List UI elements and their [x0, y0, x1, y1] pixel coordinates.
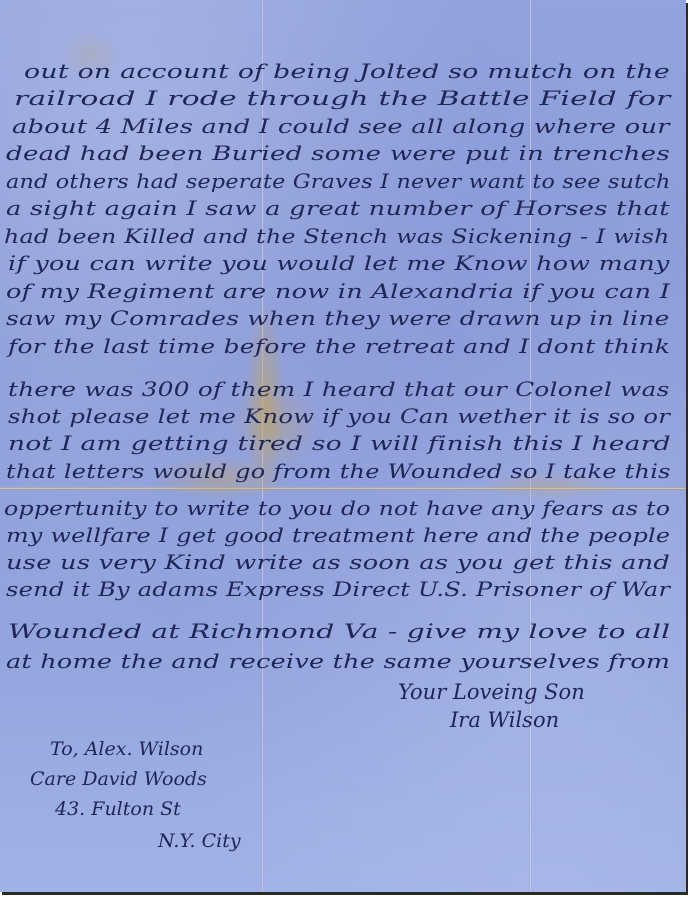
address-care-of: Care David Woods: [30, 768, 207, 790]
letter-line: send it By adams Express Direct U.S. Pri…: [6, 578, 670, 601]
letter-line: not I am getting tired so I will finish …: [8, 432, 671, 455]
address-recipient: To, Alex. Wilson: [50, 738, 203, 760]
document-viewer: out on account of being Jolted so mutch …: [0, 0, 694, 900]
letter-line: my wellfare I get good treatment here an…: [6, 524, 670, 547]
letter-line: for the last time before the retreat and…: [8, 335, 670, 358]
letter-line: there was 300 of them I heard that our C…: [8, 378, 670, 401]
letter-line: railroad I rode through the Battle Field…: [14, 87, 671, 110]
letter-line: oppertunity to write to you do not have …: [4, 497, 670, 520]
letter-line: Wounded at Richmond Va - give my love to…: [8, 620, 670, 643]
letter-line: dead had been Buried some were put in tr…: [6, 142, 670, 165]
letter-line: that letters would go from the Wounded s…: [6, 460, 671, 483]
horizontal-fold-crease: [0, 487, 686, 490]
letter-line: had been Killed and the Stench was Sicke…: [4, 225, 670, 248]
address-street: 43. Fulton St: [55, 798, 181, 820]
letter-line: about 4 Miles and I could see all along …: [12, 115, 670, 138]
letter-closing: Your Loveing Son: [398, 680, 585, 704]
letter-line: a sight again I saw a great number of Ho…: [6, 197, 670, 220]
letter-line: out on account of being Jolted so mutch …: [24, 60, 670, 83]
letter-page: out on account of being Jolted so mutch …: [0, 0, 686, 892]
address-city: N.Y. City: [158, 830, 241, 852]
letter-line: saw my Comrades when they were drawn up …: [6, 307, 670, 330]
letter-line: shot please let me Know if you Can wethe…: [8, 405, 670, 428]
letter-line: at home the and receive the same yoursel…: [6, 650, 670, 673]
letter-line: of my Regiment are now in Alexandria if …: [6, 280, 670, 303]
letter-line: and others had seperate Graves I never w…: [6, 170, 671, 193]
letter-signature: Ira Wilson: [450, 708, 559, 732]
letter-line: use us very Kind write as soon as you ge…: [6, 551, 670, 574]
letter-line: if you can write you would let me Know h…: [8, 252, 670, 275]
